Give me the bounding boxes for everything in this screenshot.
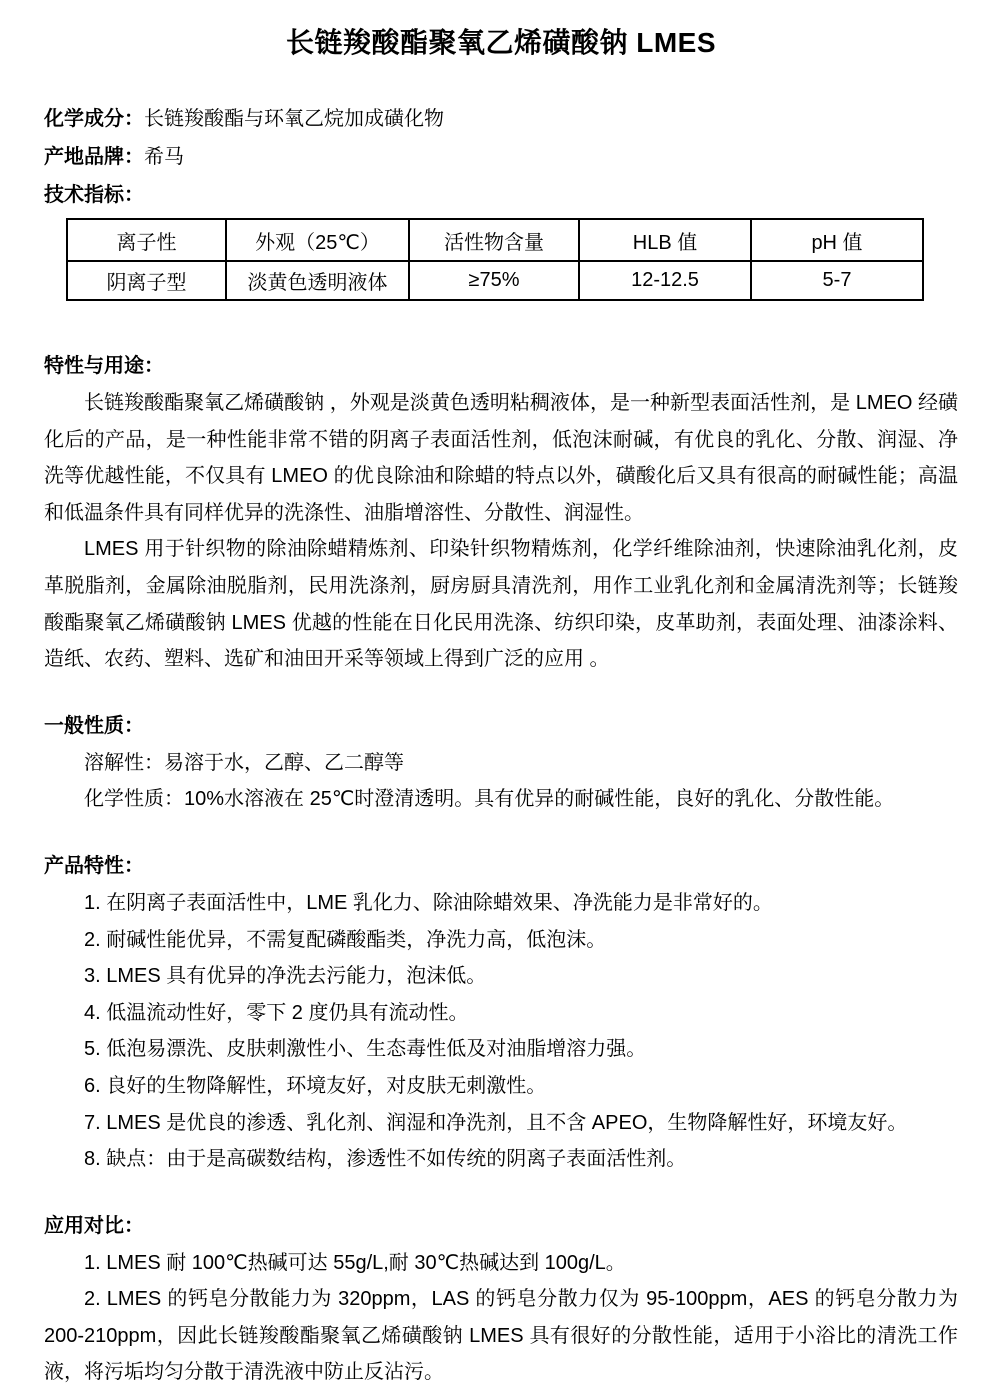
product-feature-item-1: 1. 在阴离子表面活性中，LME 乳化力、除油除蜡效果、净洗能力是非常好的。 bbox=[44, 885, 958, 922]
spec-table-data-row: 阴离子型 淡黄色透明液体 ≥75% 12-12.5 5-7 bbox=[67, 261, 923, 300]
spec-table-cell-ph: 5-7 bbox=[751, 261, 923, 300]
spec-table-header-ionic: 离子性 bbox=[67, 219, 226, 261]
general-chemical-line: 化学性质：10%水溶液在 25℃时澄清透明。具有优异的耐碱性能，良好的乳化、分散… bbox=[44, 781, 958, 818]
spec-table-header-row: 离子性 外观（25℃） 活性物含量 HLB 值 pH 值 bbox=[67, 219, 923, 261]
spec-table-header-active-content: 活性物含量 bbox=[409, 219, 579, 261]
spec-table-cell-active-content: ≥75% bbox=[409, 261, 579, 300]
product-features-heading: 产品特性： bbox=[44, 848, 958, 885]
info-label-tech: 技术指标： bbox=[44, 184, 144, 206]
comparison-item-2: 2. LMES 的钙皂分散能力为 320ppm，LAS 的钙皂分散力仅为 95-… bbox=[44, 1281, 958, 1390]
spec-table-cell-appearance: 淡黄色透明液体 bbox=[226, 261, 409, 300]
spec-table-cell-ionic: 阴离子型 bbox=[67, 261, 226, 300]
spec-table-header-hlb: HLB 值 bbox=[579, 219, 751, 261]
product-feature-item-7: 7. LMES 是优良的渗透、乳化剂、润湿和净洗剂，且不含 APEO，生物降解性… bbox=[44, 1105, 958, 1142]
spec-table: 离子性 外观（25℃） 活性物含量 HLB 值 pH 值 阴离子型 淡黄色透明液… bbox=[66, 218, 924, 301]
features-paragraph-1: 长链羧酸酯聚氧乙烯磺酸钠 ，外观是淡黄色透明粘稠液体，是一种新型表面活性剂，是 … bbox=[44, 385, 958, 531]
product-feature-item-5: 5. 低泡易漂洗、皮肤刺激性小、生态毒性低及对油脂增溶力强。 bbox=[44, 1031, 958, 1068]
comparison-item-1: 1. LMES 耐 100℃热碱可达 55g/L,耐 30℃热碱达到 100g/… bbox=[44, 1245, 958, 1282]
product-feature-item-4: 4. 低温流动性好，零下 2 度仍具有流动性。 bbox=[44, 995, 958, 1032]
product-feature-item-8: 8. 缺点：由于是高碳数结构，渗透性不如传统的阴离子表面活性剂。 bbox=[44, 1141, 958, 1178]
spec-table-cell-hlb: 12-12.5 bbox=[579, 261, 751, 300]
info-label-brand: 产地品牌： bbox=[44, 146, 144, 168]
general-properties-heading: 一般性质： bbox=[44, 708, 958, 745]
application-comparison-heading: 应用对比： bbox=[44, 1208, 958, 1245]
info-line-tech: 技术指标： bbox=[44, 176, 958, 214]
info-value-chemical: 长链羧酸酯与环氧乙烷加成磺化物 bbox=[144, 108, 444, 130]
product-feature-item-3: 3. LMES 具有优异的净洗去污能力，泡沫低。 bbox=[44, 958, 958, 995]
info-line-chemical: 化学成分：长链羧酸酯与环氧乙烷加成磺化物 bbox=[44, 100, 958, 138]
features-heading: 特性与用途： bbox=[44, 348, 958, 385]
product-feature-item-6: 6. 良好的生物降解性，环境友好，对皮肤无刺激性。 bbox=[44, 1068, 958, 1105]
info-label-chemical: 化学成分： bbox=[44, 108, 144, 130]
info-block: 化学成分：长链羧酸酯与环氧乙烷加成磺化物 产地品牌：希马 技术指标： bbox=[44, 100, 958, 214]
spec-table-header-ph: pH 值 bbox=[751, 219, 923, 261]
spec-table-header-appearance: 外观（25℃） bbox=[226, 219, 409, 261]
info-value-brand: 希马 bbox=[144, 146, 184, 168]
document-page: 长链羧酸酯聚氧乙烯磺酸钠 LMES 化学成分：长链羧酸酯与环氧乙烷加成磺化物 产… bbox=[0, 0, 1000, 1390]
page-title: 长链羧酸酯聚氧乙烯磺酸钠 LMES bbox=[44, 24, 958, 62]
features-paragraph-2: LMES 用于针织物的除油除蜡精炼剂、印染针织物精炼剂，化学纤维除油剂，快速除油… bbox=[44, 531, 958, 677]
general-solubility-line: 溶解性：易溶于水，乙醇、乙二醇等 bbox=[44, 745, 958, 782]
info-line-brand: 产地品牌：希马 bbox=[44, 138, 958, 176]
product-feature-item-2: 2. 耐碱性能优异，不需复配磷酸酯类，净洗力高，低泡沫。 bbox=[44, 922, 958, 959]
